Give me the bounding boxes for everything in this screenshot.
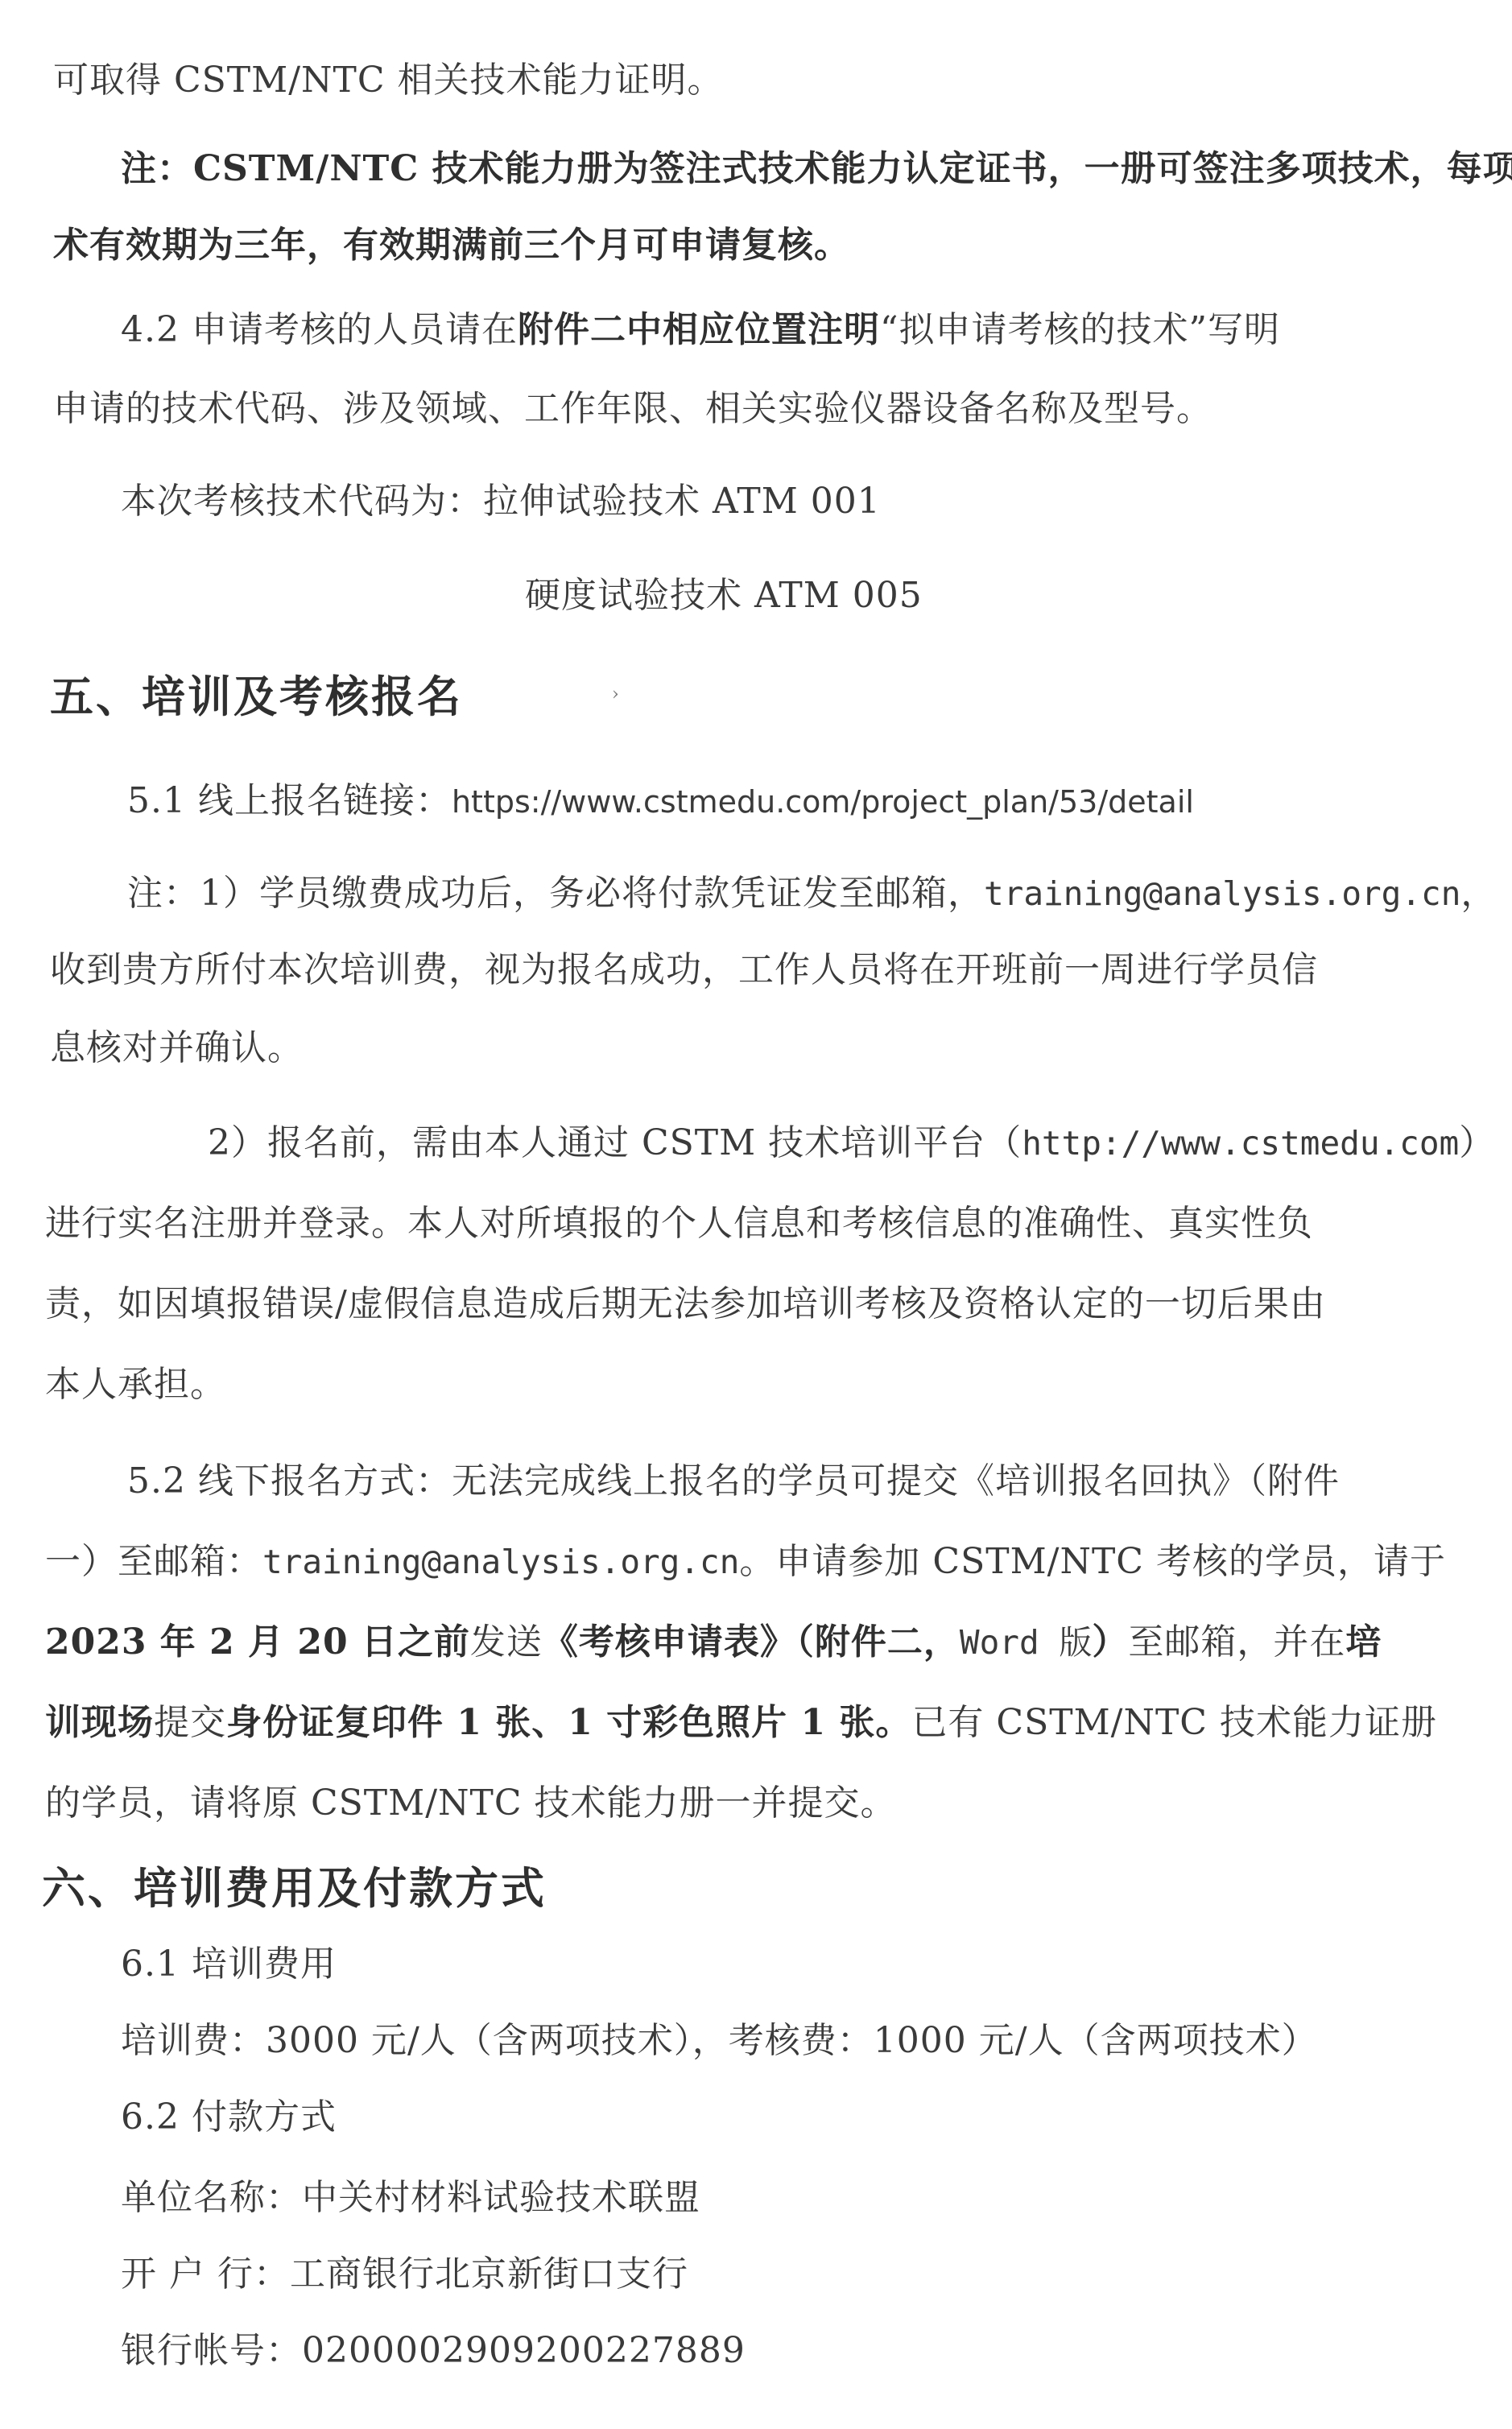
note-2-cont: 进行实名注册并登录。本人对所填报的个人信息和考核信息的准确性、真实性负 — [45, 1200, 1313, 1248]
note-text-1: CSTM/NTC 技术能力册为签注式技术能力认定证书，一册可签注多项技术，每项技 — [193, 148, 1512, 189]
item-5-1: 5.1 线上报名链接：https://www.cstmedu.com/proje… — [127, 777, 1194, 826]
punctuation: ） — [1459, 1122, 1495, 1163]
item-text: “拟申请考核的技术”写明 — [880, 309, 1280, 350]
bank-line: 开 户 行：工商银行北京新街口支行 — [121, 2250, 688, 2299]
tech-codes-line-2: 硬度试验技术 ATM 005 — [525, 572, 923, 620]
word-version: Word 版 — [960, 1623, 1092, 1662]
note-text: 责，如因填报错误/虚假信息造成后期无法参加培训考核及资格认定的一切后果由 — [45, 1283, 1326, 1324]
email-link[interactable]: training@analysis.org.cn — [984, 874, 1460, 913]
tech-code: 硬度试验技术 ATM 005 — [525, 575, 923, 616]
note-text: 息核对并确认。 — [50, 1027, 304, 1068]
registration-link[interactable]: https://www.cstmedu.com/project_plan/53/… — [452, 784, 1194, 820]
item-4-2-cont: 申请的技术代码、涉及领域、工作年限、相关实验仪器设备名称及型号。 — [53, 385, 1212, 433]
account-label: 银行帐号： — [121, 2330, 302, 2371]
item-6-1: 6.1 培训费用 — [121, 1940, 337, 1989]
punctuation: ） — [1092, 1621, 1128, 1663]
note-text: 收到贵方所付本次培训费，视为报名成功，工作人员将在开班前一周进行学员信 — [50, 949, 1318, 990]
item-6-2: 6.2 付款方式 — [121, 2093, 337, 2142]
item-text: 的学员，请将原 CSTM/NTC 技术能力册一并提交。 — [45, 1783, 897, 1824]
required-documents: 身份证复印件 1 张、1 寸彩色照片 1 张。 — [226, 1702, 911, 1743]
item-text-bold: 训现场 — [45, 1702, 154, 1743]
codes-label: 本次考核技术代码为： — [121, 481, 483, 522]
item-text-bold: 培 — [1345, 1621, 1382, 1663]
item-5-2-cont-2: 的学员，请将原 CSTM/NTC 技术能力册一并提交。 — [45, 1779, 897, 1828]
note-1-cont-2: 息核对并确认。 — [50, 1024, 304, 1072]
email-link[interactable]: training@analysis.org.cn — [262, 1543, 739, 1581]
account-number: 0200002909200227889 — [302, 2330, 746, 2371]
item-5-2: 5.2 线下报名方式：无法完成线上报名的学员可提交《培训报名回执》（附件 — [127, 1457, 1340, 1506]
note-text: 2）报名前，需由本人通过 CSTM 技术培训平台（ — [208, 1122, 1022, 1163]
item-text: 申请的技术代码、涉及领域、工作年限、相关实验仪器设备名称及型号。 — [53, 388, 1212, 429]
item-5-2-documents: 训现场提交身份证复印件 1 张、1 寸彩色照片 1 张。已有 CSTM/NTC … — [45, 1699, 1437, 1747]
item-text: 一）至邮箱： — [45, 1541, 262, 1582]
note-text-2: 术有效期为三年，有效期满前三个月可申请复核。 — [53, 225, 850, 266]
item-5-2-deadline: 2023 年 2 月 20 日之前发送《考核申请表》（附件二，Word 版）至邮… — [45, 1618, 1382, 1667]
item-text-bold: 附件二中相应位置注明 — [518, 309, 880, 350]
item-text: 申请考核的人员请在 — [192, 309, 518, 350]
form-name: 《考核申请表》（附件二， — [543, 1621, 960, 1663]
item-text: 至邮箱，并在 — [1128, 1621, 1345, 1663]
note-text: 注：1）学员缴费成功后，务必将付款凭证发至邮箱， — [127, 873, 984, 914]
item-text: 提交 — [154, 1702, 226, 1743]
account-line: 银行帐号：0200002909200227889 — [121, 2327, 746, 2375]
platform-link[interactable]: http://www.cstmedu.com — [1022, 1124, 1459, 1163]
payee-value: 中关村材料试验技术联盟 — [302, 2177, 700, 2218]
note-2: 2）报名前，需由本人通过 CSTM 技术培训平台（http://www.cstm… — [208, 1119, 1495, 1167]
item-4-2: 4.2 申请考核的人员请在附件二中相应位置注明“拟申请考核的技术”写明 — [121, 306, 1280, 354]
note-2-cont-2: 责，如因填报错误/虚假信息造成后期无法参加培训考核及资格认定的一切后果由 — [45, 1280, 1326, 1328]
item-text: 已有 CSTM/NTC 技术能力证册 — [911, 1702, 1437, 1743]
online-registration-label: 5.1 线上报名链接： — [127, 780, 452, 821]
scan-speck: › — [612, 684, 619, 704]
payee-label: 单位名称： — [121, 2177, 302, 2218]
deadline-date: 2023 年 2 月 20 日之前 — [45, 1621, 470, 1663]
note-text: 本人承担。 — [45, 1364, 226, 1405]
tech-codes-line: 本次考核技术代码为：拉伸试验技术 ATM 001 — [121, 477, 881, 526]
item-text: 。申请参加 CSTM/NTC 考核的学员，请于 — [739, 1541, 1446, 1582]
bank-label: 开 户 行： — [121, 2253, 290, 2295]
note-label: 注： — [121, 148, 193, 189]
note-2-cont-3: 本人承担。 — [45, 1361, 226, 1409]
note-1-cont: 收到贵方所付本次培训费，视为报名成功，工作人员将在开班前一周进行学员信 — [50, 946, 1318, 994]
bank-value: 工商银行北京新街口支行 — [290, 2253, 688, 2295]
certificate-line: 可取得 CSTM/NTC 相关技术能力证明。 — [53, 56, 724, 105]
section-6-title: 六、培训费用及付款方式 — [42, 1860, 547, 1916]
item-text: 发送 — [470, 1621, 543, 1663]
fees-line: 培训费：3000 元/人（含两项技术），考核费：1000 元/人（含两项技术） — [121, 2017, 1318, 2065]
validity-note: 注：CSTM/NTC 技术能力册为签注式技术能力认定证书，一册可签注多项技术，每… — [121, 145, 1512, 193]
certificate-text: 可取得 CSTM/NTC 相关技术能力证明。 — [53, 60, 724, 101]
punctuation: ， — [1460, 873, 1497, 914]
tech-code: 拉伸试验技术 ATM 001 — [483, 481, 881, 522]
item-5-2-cont: 一）至邮箱：training@analysis.org.cn。申请参加 CSTM… — [45, 1538, 1446, 1586]
note-text: 进行实名注册并登录。本人对所填报的个人信息和考核信息的准确性、真实性负 — [45, 1203, 1313, 1244]
offline-registration-text: 5.2 线下报名方式：无法完成线上报名的学员可提交《培训报名回执》（附件 — [127, 1460, 1340, 1502]
validity-note-cont: 术有效期为三年，有效期满前三个月可申请复核。 — [53, 221, 850, 270]
section-5-title: 五、培训及考核报名 — [50, 668, 463, 725]
note-1: 注：1）学员缴费成功后，务必将付款凭证发至邮箱，training@analysi… — [127, 870, 1497, 918]
payee-line: 单位名称：中关村材料试验技术联盟 — [121, 2174, 700, 2222]
item-number: 4.2 — [121, 309, 180, 350]
document-page: 可取得 CSTM/NTC 相关技术能力证明。 注：CSTM/NTC 技术能力册为… — [0, 0, 1512, 2429]
